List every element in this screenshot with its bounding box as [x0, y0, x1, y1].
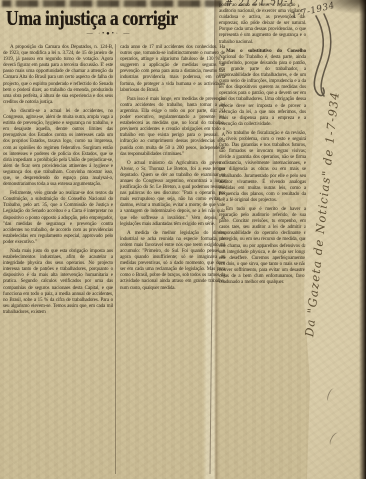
scan-page: Uma injustiça a corrigir — ·•●•· — A pro… — [0, 0, 366, 479]
paragraph: Em tudo que é merito de haver a reparaçã… — [219, 206, 306, 285]
paragraph: A medida de melhor legislação do direito… — [120, 230, 225, 291]
article-headline: Uma injustiça a corrigir — [6, 6, 178, 31]
paragraph: O actual ministro da Agricultura do gove… — [120, 160, 225, 227]
text-column-1: A proposição da Camara dos Deputados, n.… — [3, 44, 113, 476]
text-column-3: podia ao senso de haver a reparação pelo… — [219, 2, 306, 472]
photo-edge — [359, 0, 366, 479]
newspaper-clipping: Uma injustiça a corrigir — ·•●•· — A pro… — [0, 0, 314, 479]
paragraph: Para isso é mais longe, em medidas de pr… — [120, 96, 225, 157]
paragraph: Nada mais justo do que esta obrigação im… — [3, 248, 113, 315]
paragraph: Ao discutir-se a actual lei de accidente… — [3, 108, 113, 187]
headline-ornament: — ·•●•· — — [0, 31, 218, 37]
column-rule — [115, 44, 116, 474]
paragraph: No trabalho de fiscalização e da revisão… — [219, 130, 306, 203]
corner-shadow — [288, 0, 366, 20]
paragraph: Mas o substitutivo do Conselho Nacional … — [219, 48, 306, 127]
paragraph: cada anno de 17 mil accidentes dos conhe… — [120, 44, 225, 93]
paragraph: A proposição da Camara dos Deputados, n.… — [3, 44, 113, 105]
paragraph: Felizmente, veio grande ao realizar-se d… — [3, 190, 113, 245]
